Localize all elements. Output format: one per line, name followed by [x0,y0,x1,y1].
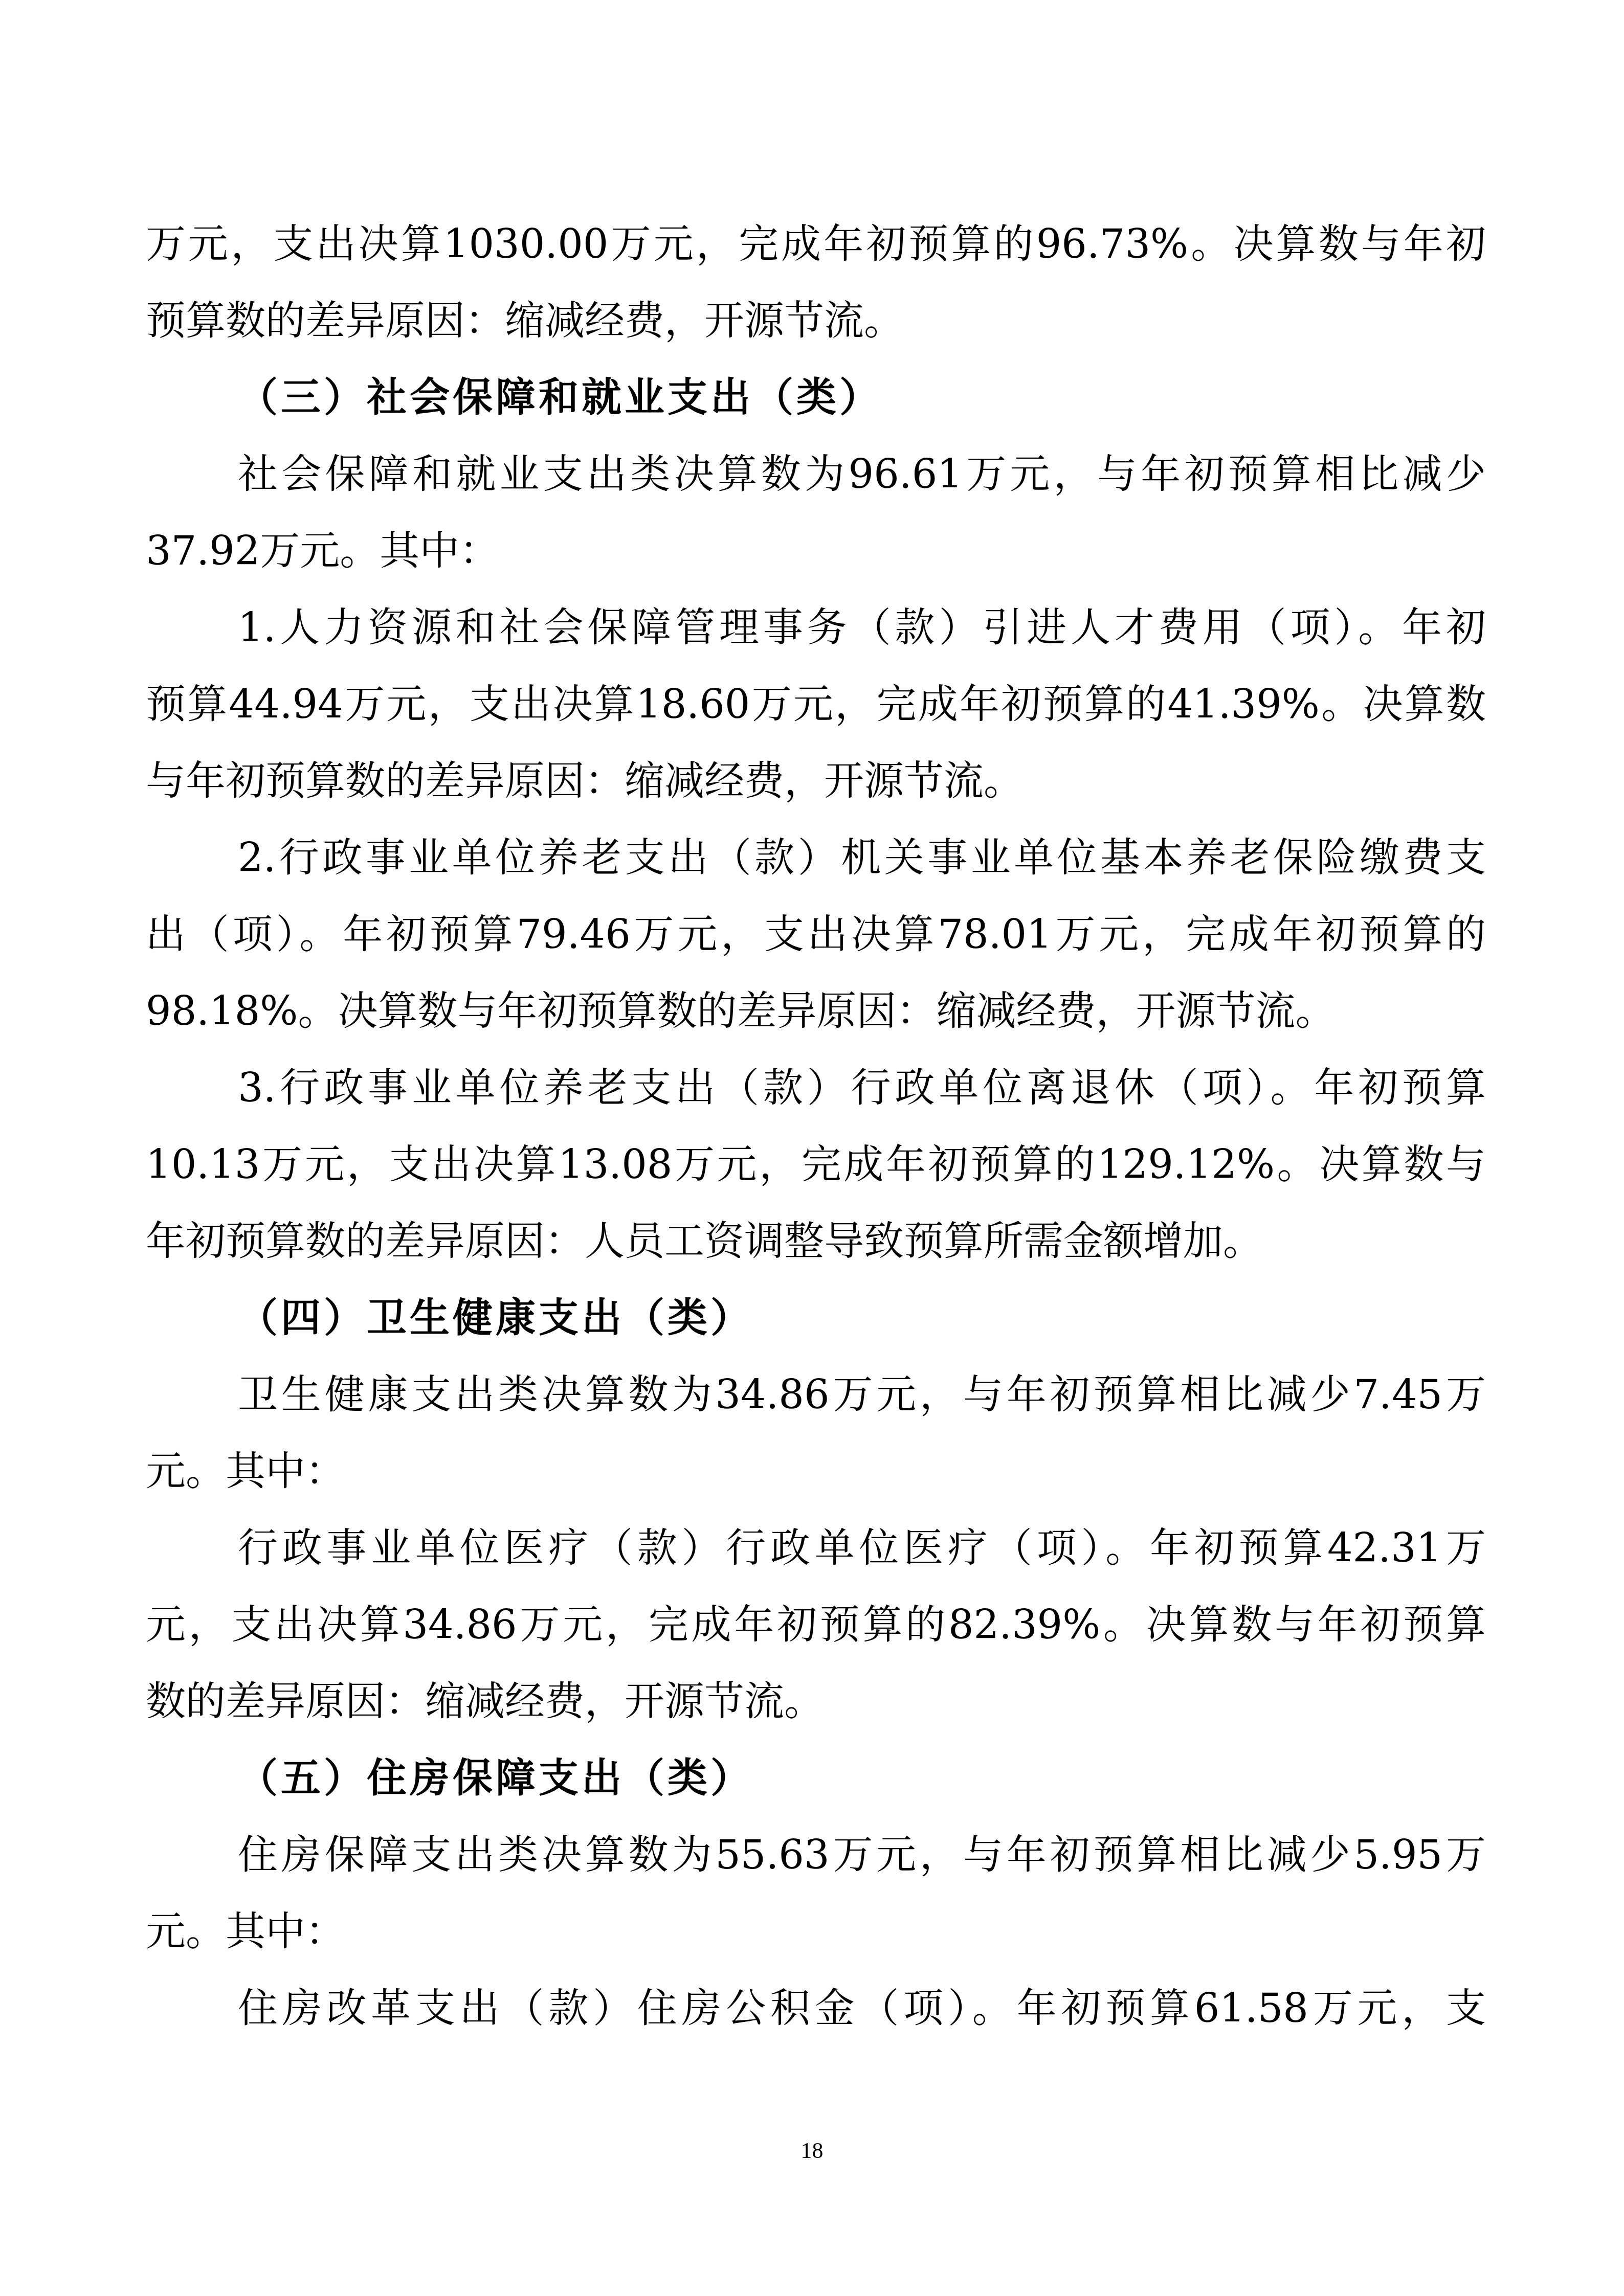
paragraph-line: 数的差异原因：缩减经费，开源节流。 [146,1674,1486,1730]
paragraph-line: 元，支出决算34.86万元，完成年初预算的82.39%。决算数与年初预算 [146,1597,1486,1653]
list-item-line: 2.行政事业单位养老支出（款）机关事业单位基本养老保险缴费支 [238,830,1486,886]
paragraph-line: 万元，支出决算1030.00万元，完成年初预算的96.73%。决算数与年初 [146,216,1486,273]
paragraph-line: 元。其中： [146,1444,1486,1500]
section-heading-health: （四）卫生健康支出（类） [238,1290,753,1346]
paragraph-line: 元。其中： [146,1904,1486,1960]
list-item-line: 与年初预算数的差异原因：缩减经费，开源节流。 [146,753,1486,809]
list-item-line: 出（项）。年初预算79.46万元，支出决算78.01万元，完成年初预算的 [146,907,1486,963]
list-item-line: 98.18%。决算数与年初预算数的差异原因：缩减经费，开源节流。 [146,983,1486,1040]
paragraph-line: 预算数的差异原因：缩减经费，开源节流。 [146,293,1486,349]
list-item-line: 3.行政事业单位养老支出（款）行政单位离退休（项）。年初预算 [238,1060,1486,1116]
paragraph-line: 社会保障和就业支出类决算数为96.61万元，与年初预算相比减少 [238,446,1486,503]
paragraph-line: 住房改革支出（款）住房公积金（项）。年初预算61.58万元，支 [238,1980,1486,2037]
paragraph-line: 住房保障支出类决算数为55.63万元，与年初预算相比减少5.95万 [238,1827,1486,1883]
paragraph-line: 行政事业单位医疗（款）行政单位医疗（项）。年初预算42.31万 [238,1520,1486,1577]
list-item-line: 年初预算数的差异原因：人员工资调整导致预算所需金额增加。 [146,1213,1486,1270]
list-item-line: 10.13万元，支出决算13.08万元，完成年初预算的129.12%。决算数与 [146,1137,1486,1193]
page-number: 18 [0,2137,1624,2164]
paragraph-line: 卫生健康支出类决算数为34.86万元，与年初预算相比减少7.45万 [238,1367,1486,1423]
document-page: 万元，支出决算1030.00万元，完成年初预算的96.73%。决算数与年初 预算… [0,0,1624,2296]
section-heading-social-security: （三）社会保障和就业支出（类） [238,370,882,426]
list-item-line: 预算44.94万元，支出决算18.60万元，完成年初预算的41.39%。决算数 [146,677,1486,733]
list-item-line: 1.人力资源和社会保障管理事务（款）引进人才费用（项）。年初 [238,600,1486,656]
section-heading-housing: （五）住房保障支出（类） [238,1750,753,1807]
paragraph-line: 37.92万元。其中： [146,523,1486,579]
